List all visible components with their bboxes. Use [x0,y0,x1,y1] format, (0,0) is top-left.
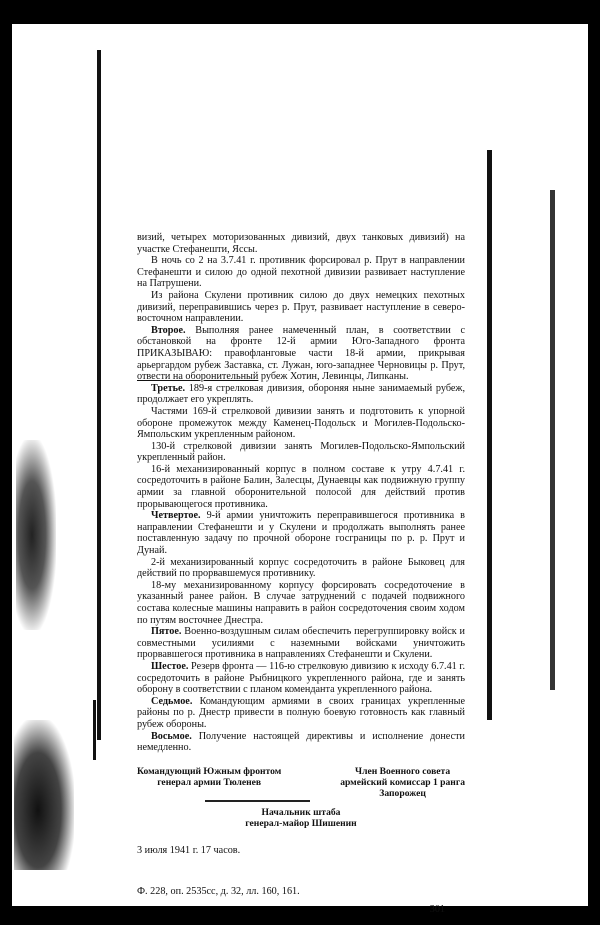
paragraph: 2-й механизированный корпус сосредоточит… [137,557,465,580]
section-lead: Пятое. [151,626,181,637]
paragraph: Седьмое. Командующим армиями в своих гра… [137,696,465,731]
signature-right: Член Военного совета армейский комиссар … [340,766,465,799]
signature-title: Начальник штаба [245,807,356,818]
signature-center-wrap: Начальник штаба генерал-майор Шишенин [137,807,465,829]
underlined-phrase: отвести на оборонительный [137,371,258,382]
section-lead: Шестое. [151,661,188,672]
paragraph: Второе. Выполняя ранее намеченный план, … [137,325,465,383]
scan-edge-left-lower [93,700,96,760]
signature-name: генерал-майор Шишенин [245,818,356,829]
paragraph: Частями 169-й стрелковой дивизии занять … [137,406,465,441]
document-body: визий, четырех моторизованных дивизий, д… [137,232,465,916]
paragraph: 18-му механизированному корпусу форсиров… [137,580,465,626]
page-number: 301 [137,904,465,916]
signature-name: Запорожец [340,788,465,799]
scan-edge-left [97,50,101,740]
signature-left: Командующий Южным фронтом генерал армии … [137,766,281,799]
signatures: Командующий Южным фронтом генерал армии … [137,766,465,799]
paragraph: Третье. 189-я стрелковая дивизия, оборон… [137,383,465,406]
paragraph: 16-й механизированный корпус в полном со… [137,464,465,510]
paragraph: Из района Скулени противник силою до дву… [137,290,465,325]
scan-smudge-lower [14,720,74,870]
section-lead: Третье. [151,383,185,394]
paragraph: Шестое. Резерв фронта — 116-ю стрелковую… [137,661,465,696]
section-lead: Четвертое. [151,510,201,521]
paragraph: 130-й стрелковой дивизии занять Могилев-… [137,441,465,464]
paragraph: Пятое. Военно-воздушным силам обеспечить… [137,626,465,661]
date-line: 3 июля 1941 г. 17 часов. [137,845,465,857]
signature-title: Член Военного совета [340,766,465,777]
paragraph: Восьмое. Получение настоящей директивы и… [137,731,465,754]
scan-smudge [16,440,56,630]
scan-edge-right-outer [550,190,555,690]
section-lead: Восьмое. [151,731,192,742]
section-lead: Седьмое. [151,696,192,707]
signature-name: генерал армии Тюленев [137,777,281,788]
source-reference: Ф. 228, оп. 2535сс, д. 32, лл. 160, 161. [137,886,465,898]
paragraph: визий, четырех моторизованных дивизий, д… [137,232,465,255]
paragraph: В ночь со 2 на 3.7.41 г. противник форси… [137,255,465,290]
signature-title: Командующий Южным фронтом [137,766,281,777]
scan-edge-right [487,150,492,720]
section-lead: Второе. [151,325,186,336]
paragraph: Четвертое. 9-й армии уничтожить переправ… [137,510,465,556]
signature-rank: армейский комиссар 1 ранга [340,777,465,788]
signature-center: Начальник штаба генерал-майор Шишенин [245,807,356,829]
paragraphs: визий, четырех моторизованных дивизий, д… [137,232,465,754]
